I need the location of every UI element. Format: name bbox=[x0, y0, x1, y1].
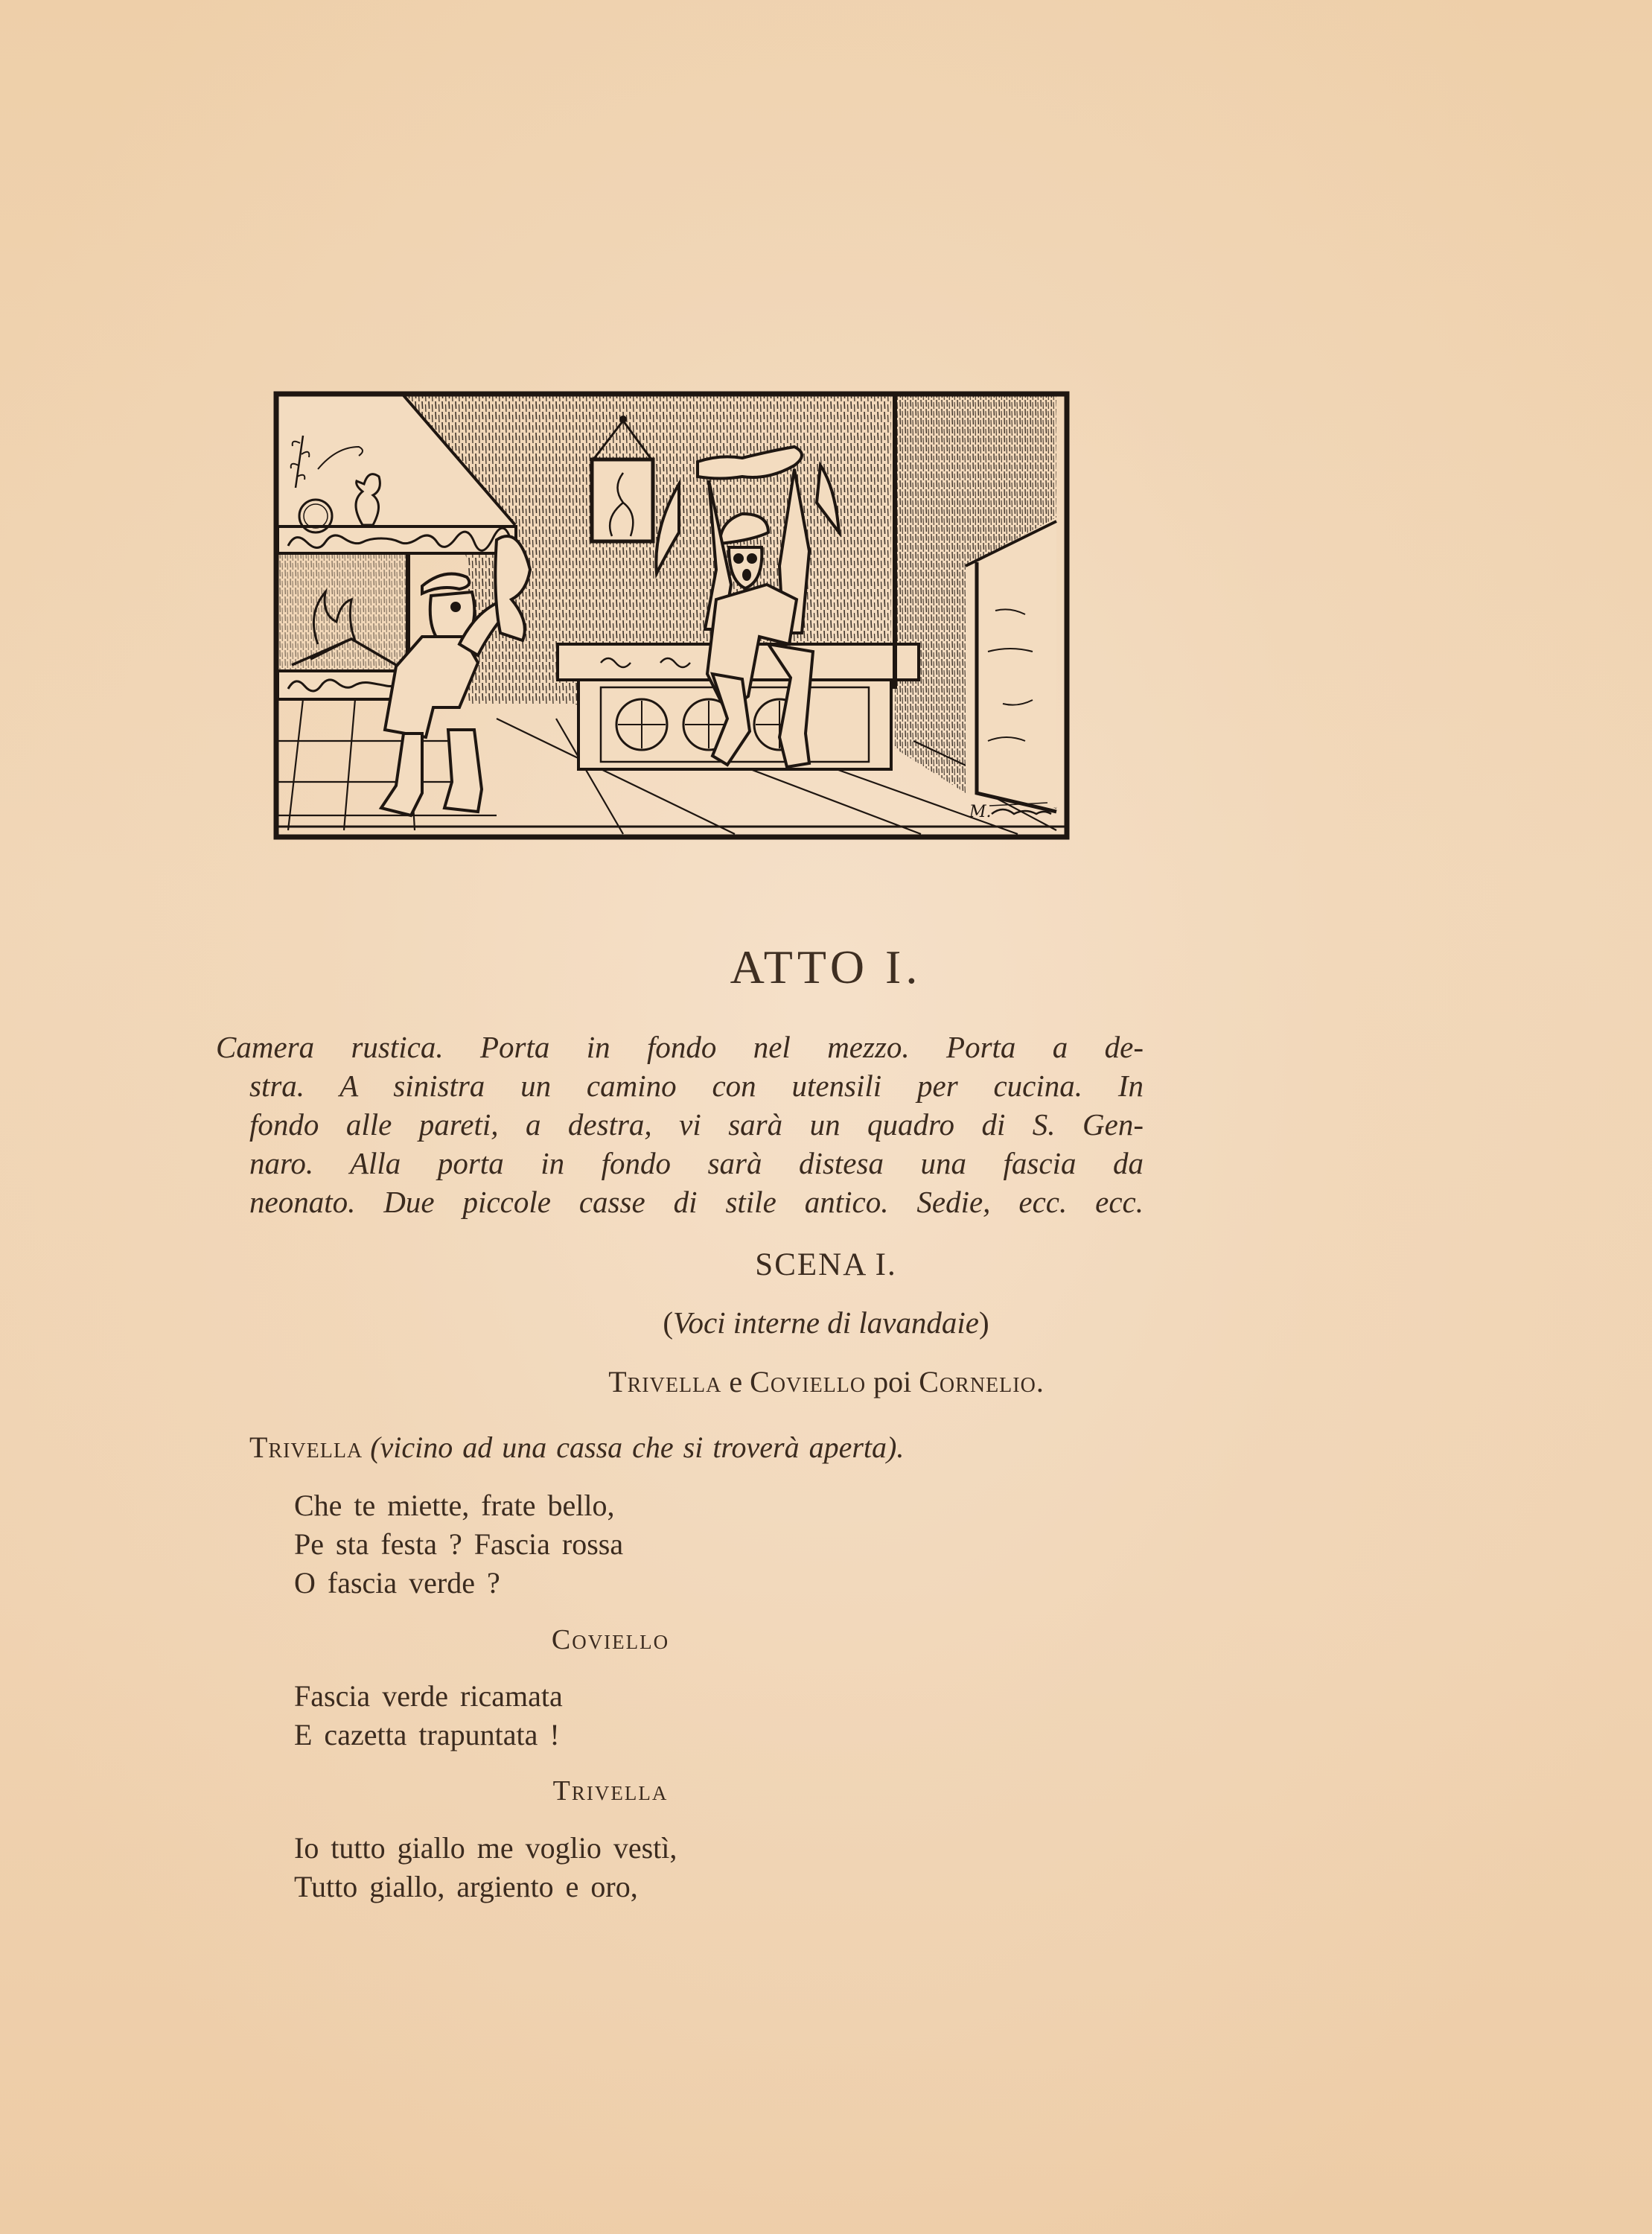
character-name: Trivella bbox=[608, 1365, 721, 1398]
open-paren: ( bbox=[663, 1305, 673, 1340]
illustration-woodcut: M. bbox=[273, 391, 1070, 840]
verse-block: Io tutto giallo me voglio vestì, Tutto g… bbox=[294, 1829, 677, 1906]
stage-direction-line: naro. Alla porta in fondo sarà distesa u… bbox=[216, 1144, 1144, 1183]
stage-direction: Camera rustica. Porta in fondo nel mezzo… bbox=[216, 1028, 1144, 1221]
speaker-name: Trivella bbox=[249, 1431, 363, 1464]
act-title: ATTO I. bbox=[0, 940, 1652, 995]
character-name: Coviello bbox=[750, 1365, 866, 1398]
speaker-line: Trivella (vicino ad una cassa che si tro… bbox=[249, 1430, 904, 1465]
artist-signature: M. bbox=[969, 803, 992, 821]
verse-block: Fascia verde ricamata E cazetta trapunta… bbox=[294, 1677, 563, 1754]
stage-direction-line: fondo alle pareti, a destra, vi sarà un … bbox=[216, 1105, 1144, 1144]
verse-line: Pe sta festa ? Fascia rossa bbox=[294, 1525, 623, 1564]
character-name: Cornelio bbox=[919, 1365, 1036, 1398]
voices-text: Voci interne di lavandaie bbox=[673, 1305, 979, 1340]
scene-voices-note: (Voci interne di lavandaie) bbox=[0, 1305, 1652, 1340]
speaker-direction: (vicino ad una cassa che si troverà aper… bbox=[370, 1431, 904, 1464]
stage-direction-line: neonato. Due piccole casse di stile anti… bbox=[216, 1183, 1144, 1221]
character-conjunction: e bbox=[721, 1365, 750, 1398]
character-conjunction: poi bbox=[866, 1365, 919, 1398]
scene-title: SCENA I. bbox=[0, 1247, 1652, 1283]
speaker-heading: Trivella bbox=[0, 1775, 1221, 1807]
character-list: Trivella e Coviello poi Cornelio. bbox=[0, 1364, 1652, 1399]
character-list-end: . bbox=[1036, 1365, 1044, 1398]
kitchen-scene-drawing: M. bbox=[273, 391, 1070, 840]
verse-block: Che te miette, frate bello, Pe sta festa… bbox=[294, 1486, 623, 1603]
stage-direction-line: Camera rustica. Porta in fondo nel mezzo… bbox=[216, 1028, 1144, 1066]
stage-direction-line: stra. A sinistra un camino con utensili … bbox=[216, 1066, 1144, 1105]
close-paren: ) bbox=[979, 1305, 989, 1340]
verse-line: Tutto giallo, argiento e oro, bbox=[294, 1868, 677, 1906]
speaker-heading: Coviello bbox=[0, 1623, 1221, 1656]
verse-line: E cazetta trapuntata ! bbox=[294, 1716, 563, 1754]
verse-line: Io tutto giallo me voglio vestì, bbox=[294, 1829, 677, 1868]
verse-line: Che te miette, frate bello, bbox=[294, 1486, 623, 1525]
verse-line: O fascia verde ? bbox=[294, 1564, 623, 1603]
verse-line: Fascia verde ricamata bbox=[294, 1677, 563, 1716]
